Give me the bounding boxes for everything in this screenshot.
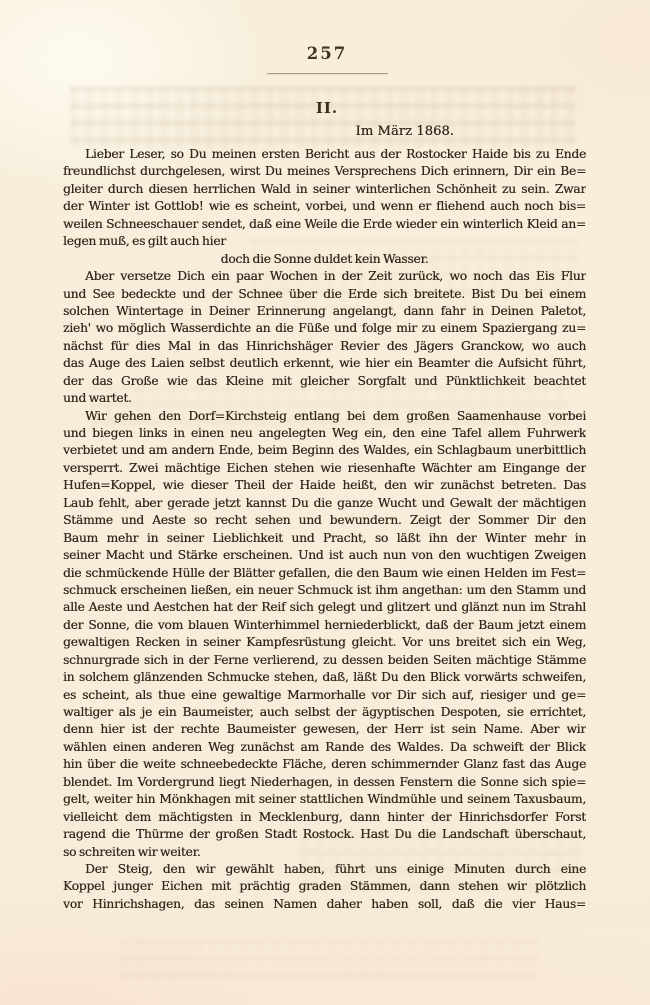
text-line: und See bedeckte und der Schnee über die… — [63, 286, 586, 303]
text-line: weilen Schneeschauer sendet, daß eine We… — [63, 216, 586, 233]
text-line: die schmückende Hülle der Blätter gefall… — [63, 565, 586, 582]
text-line: gewaltigen Recken in seiner Kampfesrüstu… — [63, 634, 586, 651]
text-line: Lieber Leser, so Du meinen ersten Berich… — [63, 146, 586, 163]
text-line: solchen Wintertage in Deiner Erinnerung … — [63, 303, 586, 320]
text-line: hin über die weite schneebedeckte Fläche… — [63, 756, 586, 773]
text-line: schnurgrade sich in der Ferne verlierend… — [63, 652, 586, 669]
text-line: freundlichst durchgelesen, wirst Du mein… — [63, 163, 586, 180]
text-line: alle Aeste und Aestchen hat der Reif sic… — [63, 599, 586, 616]
text-line: in solchem glänzenden Schmucke stehen, d… — [63, 669, 586, 686]
text-line: Laub fehlt, aber gerade jetzt kannst Du … — [63, 495, 586, 512]
text-line: so schreiten wir weiter. — [63, 844, 586, 861]
text-line: Wir gehen den Dorf=Kirchsteig entlang be… — [63, 408, 586, 425]
text-line: das Auge des Laien selbst deutlich erken… — [63, 355, 586, 372]
page-number: 257 — [2, 44, 650, 63]
text-line: und wartet. — [63, 390, 586, 407]
bleedthrough-texture — [120, 938, 540, 982]
text-line: gelt, weiter hin Mönkhagen mit seiner st… — [63, 791, 586, 808]
text-line: ragend die Thürme der großen Stadt Rosto… — [63, 826, 586, 843]
text-line: seiner Macht und Stärke erscheinen. Und … — [63, 547, 586, 564]
text-line: es scheint, als thue eine gewaltige Marm… — [63, 687, 586, 704]
dateline: Im März 1868. — [0, 124, 454, 139]
text-line: Der Steig, den wir gewählt haben, führt … — [63, 861, 586, 878]
text-line: blendet. Im Vordergrund liegt Niederhage… — [63, 774, 586, 791]
text-line: denn hier ist der rechte Baumeister gewe… — [63, 721, 586, 738]
text-line: doch die Sonne duldet kein Wasser. — [63, 251, 586, 268]
text-line: Baum mehr in seiner Lieblichkeit und Pra… — [63, 530, 586, 547]
text-line: Stämme und Aeste so recht sehen und bewu… — [63, 512, 586, 529]
text-line: schmuck erscheinen ließen, ein neuer Sch… — [63, 582, 586, 599]
body-text: Lieber Leser, so Du meinen ersten Berich… — [63, 146, 586, 913]
section-heading: II. — [2, 99, 650, 117]
text-line: Hufen=Koppel, wie dieser Theil der Haide… — [63, 477, 586, 494]
text-line: versperrt. Zwei mächtige Eichen stehen w… — [63, 460, 586, 477]
text-line: und biegen links in einen neu angelegten… — [63, 425, 586, 442]
text-line: verbietet und am andern Ende, beim Begin… — [63, 442, 586, 459]
text-line: wählen einen anderen Weg zunächst am Ran… — [63, 739, 586, 756]
text-line: nächst für dies Mal in das Hinrichshäger… — [63, 338, 586, 355]
text-line: der Winter ist Gottlob! wie es scheint, … — [63, 198, 586, 215]
text-line: der das Große wie das Kleine mit gleiche… — [63, 373, 586, 390]
text-line: legen muß, es gilt auch hier — [63, 233, 586, 250]
page-number-rule — [267, 73, 388, 74]
book-page: 257 II. Im März 1868. Lieber Leser, so D… — [0, 0, 650, 1005]
text-line: gleiter durch diesen herrlichen Wald in … — [63, 181, 586, 198]
text-line: vielleicht dem mächtigsten in Mecklenbur… — [63, 809, 586, 826]
text-line: waltiger als je ein Baumeister, auch sel… — [63, 704, 586, 721]
text-line: der Sonne, die vom blauen Winterhimmel h… — [63, 617, 586, 634]
text-line: Koppel junger Eichen mit prächtig graden… — [63, 878, 586, 895]
text-line: Aber versetze Dich ein paar Wochen in de… — [63, 268, 586, 285]
text-line: vor Hinrichshagen, das seinen Namen dahe… — [63, 896, 586, 913]
text-line: zieh' wo möglich Wasserdichte an die Füß… — [63, 320, 586, 337]
